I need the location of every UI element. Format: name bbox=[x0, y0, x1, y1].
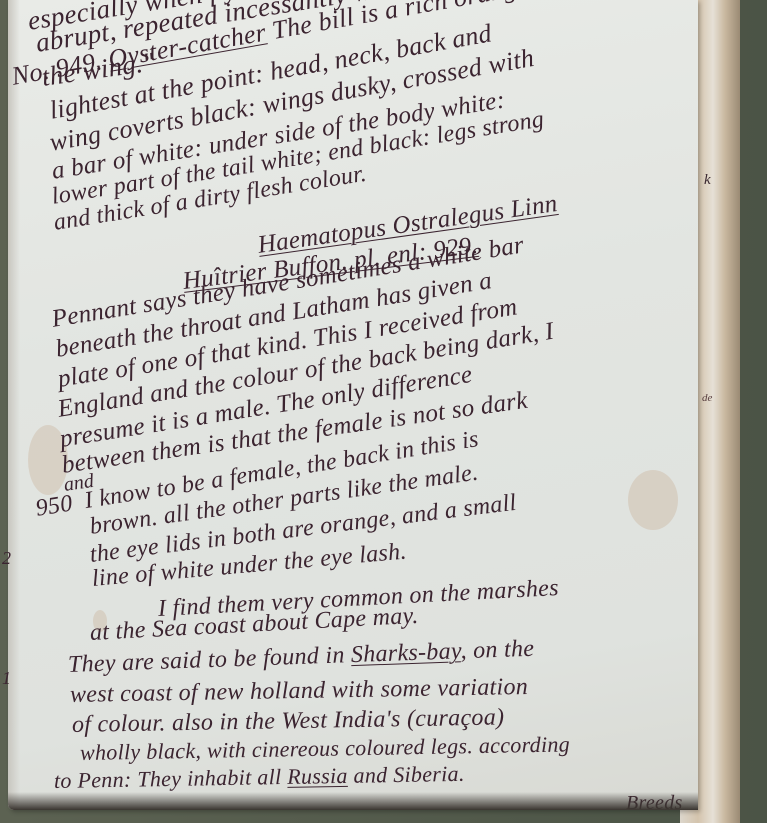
page-bottom-shadow bbox=[8, 792, 698, 810]
edge-mark: k bbox=[704, 172, 711, 189]
left-fold-mark: 2 bbox=[2, 548, 11, 569]
stain bbox=[628, 470, 678, 530]
line-text: to Penn: They inhabit all bbox=[54, 764, 288, 793]
line-text: They are said to be found in bbox=[68, 642, 352, 678]
text-line: west coast of new holland with some vari… bbox=[70, 674, 529, 709]
line-text: , on the bbox=[460, 636, 535, 665]
edge-mark-2: de bbox=[702, 392, 712, 404]
place-name: Russia bbox=[287, 763, 348, 789]
manuscript-page: especially when flying ... abrupt, repea… bbox=[8, 0, 698, 810]
fold-mark-text: 1 bbox=[2, 668, 11, 688]
place-name: Sharks-bay bbox=[350, 638, 460, 668]
line-text: west coast of new holland with some vari… bbox=[70, 674, 529, 708]
left-fold-mark: 1 bbox=[2, 668, 11, 689]
entry-number: 950 bbox=[34, 490, 75, 521]
fold-mark-text: 2 bbox=[2, 548, 11, 568]
text-line: to Penn: They inhabit all Russia and Sib… bbox=[54, 761, 465, 794]
line-text: and Siberia. bbox=[347, 761, 464, 788]
